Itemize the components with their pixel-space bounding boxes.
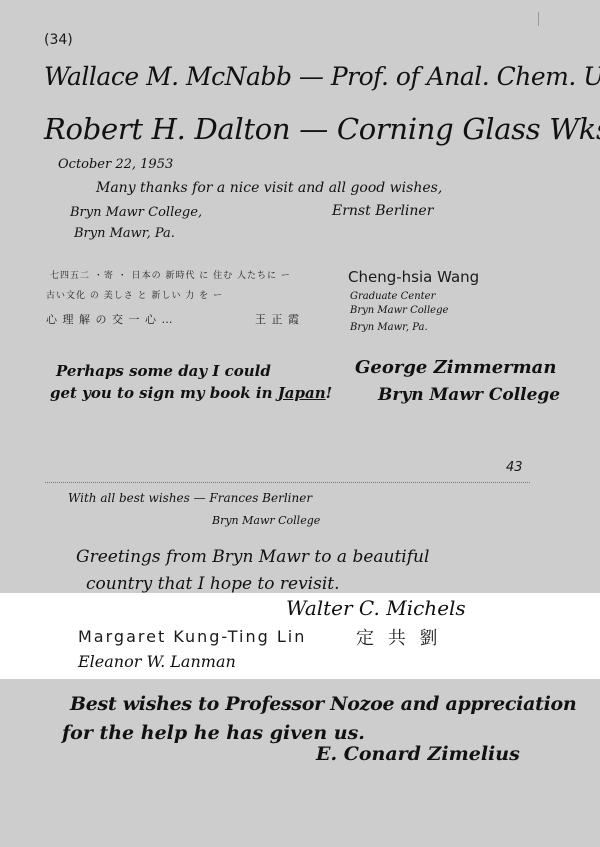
michels-message-2: country that I hope to revisit. [86, 574, 340, 594]
zimmerman-affiliation: Bryn Mawr College [378, 385, 560, 405]
zimmerman-message-1: Perhaps some day I could [56, 362, 271, 380]
zimelius-message-1: Best wishes to Professor Nozoe and appre… [70, 693, 576, 715]
berliner-affiliation-2: Bryn Mawr, Pa. [74, 226, 175, 241]
page-number-lower: 43 [506, 460, 523, 475]
wang-line-3: Bryn Mawr, Pa. [350, 322, 428, 333]
frances-berliner-message: With all best wishes — Frances Berliner [68, 491, 312, 505]
michels-message-1: Greetings from Bryn Mawr to a beautiful [76, 547, 429, 567]
wang-script-line-2: 古い文化 の 美しさ と 新しい 力 を ー [46, 288, 223, 301]
berliner-message: Many thanks for a nice visit and all goo… [96, 180, 442, 196]
michels-signature: Walter C. Michels [286, 596, 466, 620]
wang-script-line-3: 心 理 解 の 交 一 心 … [46, 311, 173, 327]
page-label: (34) [44, 32, 73, 48]
zimelius-signature: E. Conard Zimelius [316, 743, 520, 765]
wang-line-2: Bryn Mawr College [350, 305, 448, 316]
lanman-name: Eleanor W. Lanman [78, 652, 236, 671]
autograph-page: (34) Wallace M. McNabb — Prof. of Anal. … [0, 0, 600, 847]
zimmerman-japan: Japan [278, 384, 326, 402]
zimmerman-message-2-text: get you to sign my book in [50, 384, 278, 402]
zimmerman-message-2: get you to sign my book in Japan! [50, 384, 332, 402]
zimelius-message-2: for the help he has given us. [62, 722, 365, 744]
zimmerman-exclaim: ! [326, 384, 333, 402]
berliner-affiliation-1: Bryn Mawr College, [70, 205, 202, 220]
wang-script-line-1: 七四五二 ・寄 ・ 日本の 新時代 に 住む 人たちに ー [50, 268, 291, 281]
scan-mark [538, 12, 539, 26]
lin-chinese-name: 定 共 劉 [356, 624, 441, 650]
berliner-signature: Ernst Berliner [332, 203, 433, 219]
wang-script-signature: 王 正 霞 [255, 311, 300, 327]
mcnabb-entry: Wallace M. McNabb — Prof. of Anal. Chem.… [44, 62, 600, 91]
page-separator [45, 482, 530, 483]
wang-line-1: Graduate Center [350, 291, 435, 302]
berliner-date: October 22, 1953 [58, 157, 173, 172]
dalton-entry: Robert H. Dalton — Corning Glass Wks. [44, 112, 600, 146]
zimmerman-signature: George Zimmerman [355, 357, 556, 378]
frances-berliner-affiliation: Bryn Mawr College [212, 514, 320, 527]
lin-name: Margaret Kung-Ting Lin [78, 627, 306, 646]
wang-name: Cheng-hsia Wang [348, 268, 479, 286]
